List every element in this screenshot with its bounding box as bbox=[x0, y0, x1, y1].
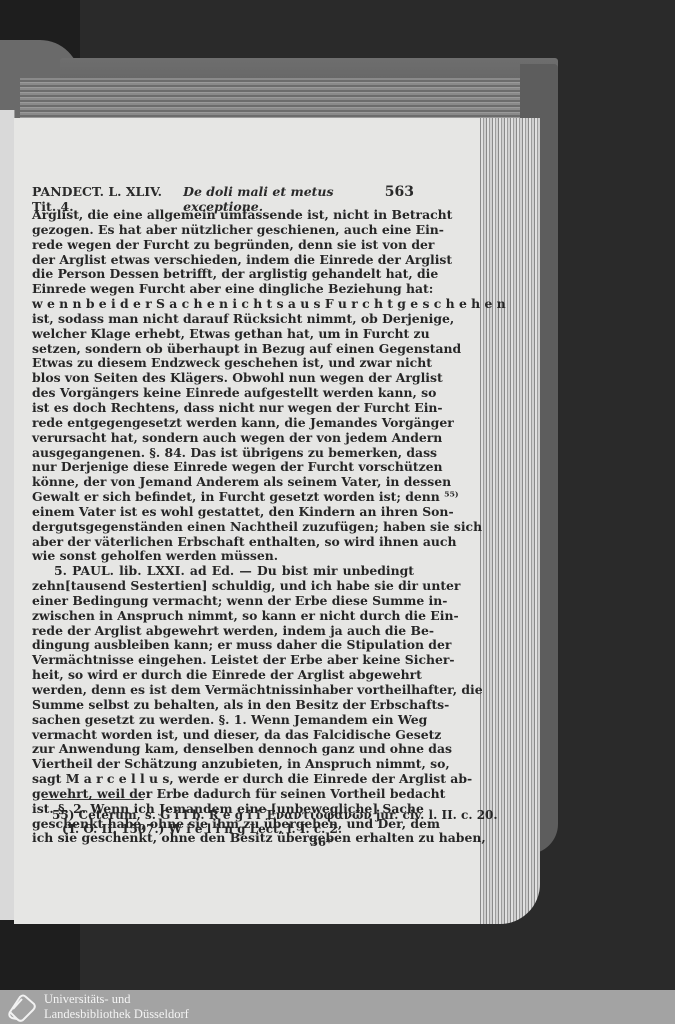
library-name: Universitäts- und Landesbibliothek Düsse… bbox=[44, 992, 189, 1022]
text-line: die Person Dessen betrifft, der arglisti… bbox=[32, 267, 414, 282]
text-line: vermacht worden ist, und dieser, da das … bbox=[32, 728, 414, 743]
text-line: rede entgegengesetzt werden kann, die Je… bbox=[32, 416, 414, 431]
text-line: rede der Arglist abgewehrt werden, indem… bbox=[32, 624, 414, 639]
text-line: der Arglist etwas verschieden, indem die… bbox=[32, 253, 414, 268]
text-line: setzen, sondern ob überhaupt in Bezug au… bbox=[32, 342, 414, 357]
text-line: aber der väterlichen Erbschaft enthalten… bbox=[32, 535, 414, 550]
text-line: zur Anwendung kam, denselben dennoch gan… bbox=[32, 742, 414, 757]
text-line: Gewalt er sich befindet, in Furcht geset… bbox=[32, 490, 414, 505]
ulb-logo-icon bbox=[4, 992, 40, 1022]
text-line: w e n n b e i d e r S a c h e n i c h t … bbox=[32, 297, 414, 312]
book-fore-edge bbox=[478, 118, 540, 924]
text-line: sachen gesetzt zu werden. §. 1. Wenn Jem… bbox=[32, 713, 414, 728]
text-line: welcher Klage erhebt, Etwas gethan hat, … bbox=[32, 327, 414, 342]
page-number: 563 bbox=[385, 184, 414, 200]
text-line: ist es doch Rechtens, dass nicht nur weg… bbox=[32, 401, 414, 416]
text-line: könne, der von Jemand Anderem als seinem… bbox=[32, 475, 414, 490]
library-banner: Universitäts- und Landesbibliothek Düsse… bbox=[0, 990, 675, 1024]
text-line: gezogen. Es hat aber nützlicher geschien… bbox=[32, 223, 414, 238]
text-line: ausgegangenen. §. 84. Das ist übrigens z… bbox=[32, 446, 414, 461]
library-name-line1: Universitäts- und bbox=[44, 992, 189, 1007]
text-line: heit, so wird er durch die Einrede der A… bbox=[32, 668, 414, 683]
text-line: wie sonst geholfen werden müssen. bbox=[32, 549, 414, 564]
text-line: zwischen in Anspruch nimmt, so kann er n… bbox=[32, 609, 414, 624]
text-line: sagt M a r c e l l u s, werde er durch d… bbox=[32, 772, 414, 787]
text-line: einem Vater ist es wohl gestattet, den K… bbox=[32, 505, 414, 520]
text-line: Summe selbst zu behalten, als in den Bes… bbox=[32, 698, 414, 713]
library-name-line2: Landesbibliothek Düsseldorf bbox=[44, 1007, 189, 1022]
text-line: Viertheil der Schätzung anzubieten, in A… bbox=[32, 757, 414, 772]
text-line: werden, denn es ist dem Vermächtnissinha… bbox=[32, 683, 414, 698]
footnote-rule bbox=[42, 799, 144, 800]
text-line: 5. PAUL. lib. LXXI. ad Ed. — Du bist mir… bbox=[32, 564, 414, 579]
text-line: Arglist, die eine allgemein umfassende i… bbox=[32, 208, 414, 223]
text-line: dingung ausbleiben kann; er muss daher d… bbox=[32, 638, 414, 653]
signature-mark: 36* bbox=[310, 835, 332, 849]
text-line: einer Bedingung vermacht; wenn der Erbe … bbox=[32, 594, 414, 609]
footnote-line: (T. O. II. 1507.) W i e l i n g Lect. l.… bbox=[52, 822, 414, 836]
text-line: des Vorgängers keine Einrede aufgestellt… bbox=[32, 386, 414, 401]
footnotes: 55) Ceterum, s. G i l b. R e g i i Ἐναντ… bbox=[52, 808, 414, 836]
text-line: zehn[tausend Sestertien] schuldig, und i… bbox=[32, 579, 414, 594]
text-line: Etwas zu diesem Endzweck geschehen ist, … bbox=[32, 356, 414, 371]
text-line: ist, sodass man nicht darauf Rücksicht n… bbox=[32, 312, 414, 327]
text-line: verursacht hat, sondern auch wegen der v… bbox=[32, 431, 414, 446]
body-text: Arglist, die eine allgemein umfassende i… bbox=[32, 208, 414, 846]
text-line: dergutsgegenständen einen Nachtheil zuzu… bbox=[32, 520, 414, 535]
facing-page-edge bbox=[0, 110, 15, 920]
book-page-edges-top bbox=[20, 78, 520, 122]
text-line: nur Derjenige diese Einrede wegen der Fu… bbox=[32, 460, 414, 475]
text-line: Einrede wegen Furcht aber eine dingliche… bbox=[32, 282, 414, 297]
text-line: blos von Seiten des Klägers. Obwohl nun … bbox=[32, 371, 414, 386]
footnote-line: 55) Ceterum, s. G i l b. R e g i i Ἐναντ… bbox=[52, 808, 414, 822]
text-line: Vermächtnisse eingehen. Leistet der Erbe… bbox=[32, 653, 414, 668]
text-line: rede wegen der Furcht zu begründen, denn… bbox=[32, 238, 414, 253]
